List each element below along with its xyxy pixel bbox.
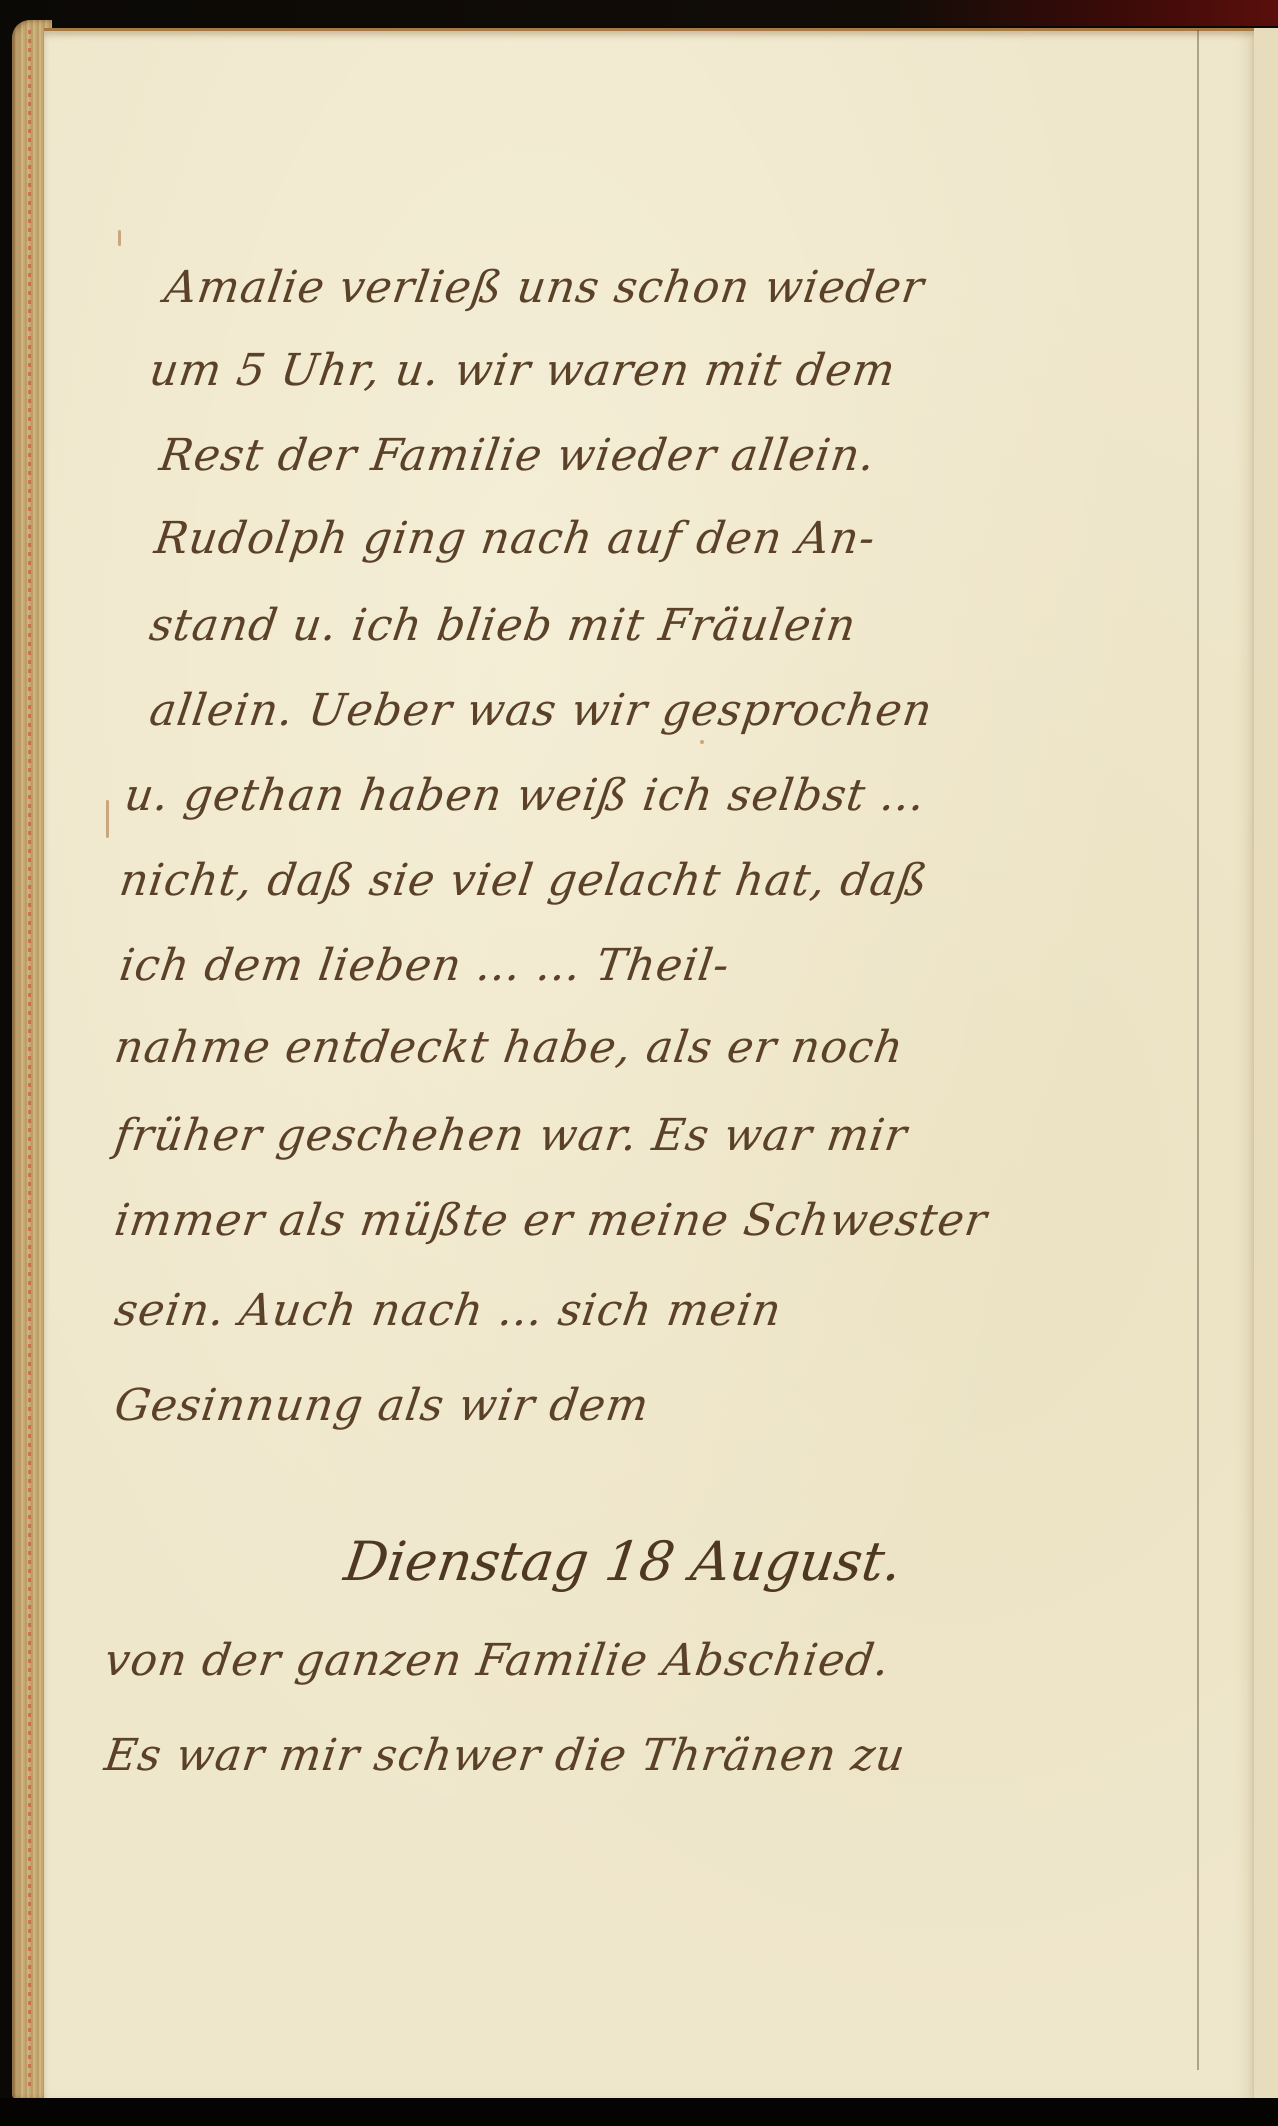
text-line: früher geschehen war. Es war mir	[111, 1110, 910, 1161]
text-line: Rudolph ging nach auf den An-	[151, 513, 878, 564]
text-line: ich dem lieben … … Theil-	[116, 940, 733, 991]
text-line: Es war mir schwer die Thränen zu	[101, 1730, 908, 1781]
handwritten-text: Amalie verließ uns schon wieder um 5 Uhr…	[0, 0, 1278, 2126]
text-line: Amalie verließ uns schon wieder	[161, 262, 927, 313]
text-line: immer als müßte er meine Schwester	[111, 1195, 990, 1246]
text-line: stand u. ich blieb mit Fräulein	[146, 600, 859, 651]
text-line: Rest der Familie wieder allein.	[156, 430, 878, 481]
text-line: von der ganzen Familie Abschied.	[101, 1635, 893, 1686]
text-line: sein. Auch nach … sich mein	[111, 1285, 785, 1336]
text-line: nahme entdeckt habe, als er noch	[111, 1022, 907, 1073]
text-line: nicht, daß sie viel gelacht hat, daß	[116, 855, 931, 906]
text-line: um 5 Uhr, u. wir waren mit dem	[146, 345, 899, 396]
date-heading: Dienstag 18 August.	[341, 1530, 906, 1593]
text-line: allein. Ueber was wir gesprochen	[146, 685, 935, 736]
text-line: Gesinnung als wir dem	[111, 1380, 652, 1431]
text-line: u. gethan haben weiß ich selbst …	[121, 770, 929, 821]
